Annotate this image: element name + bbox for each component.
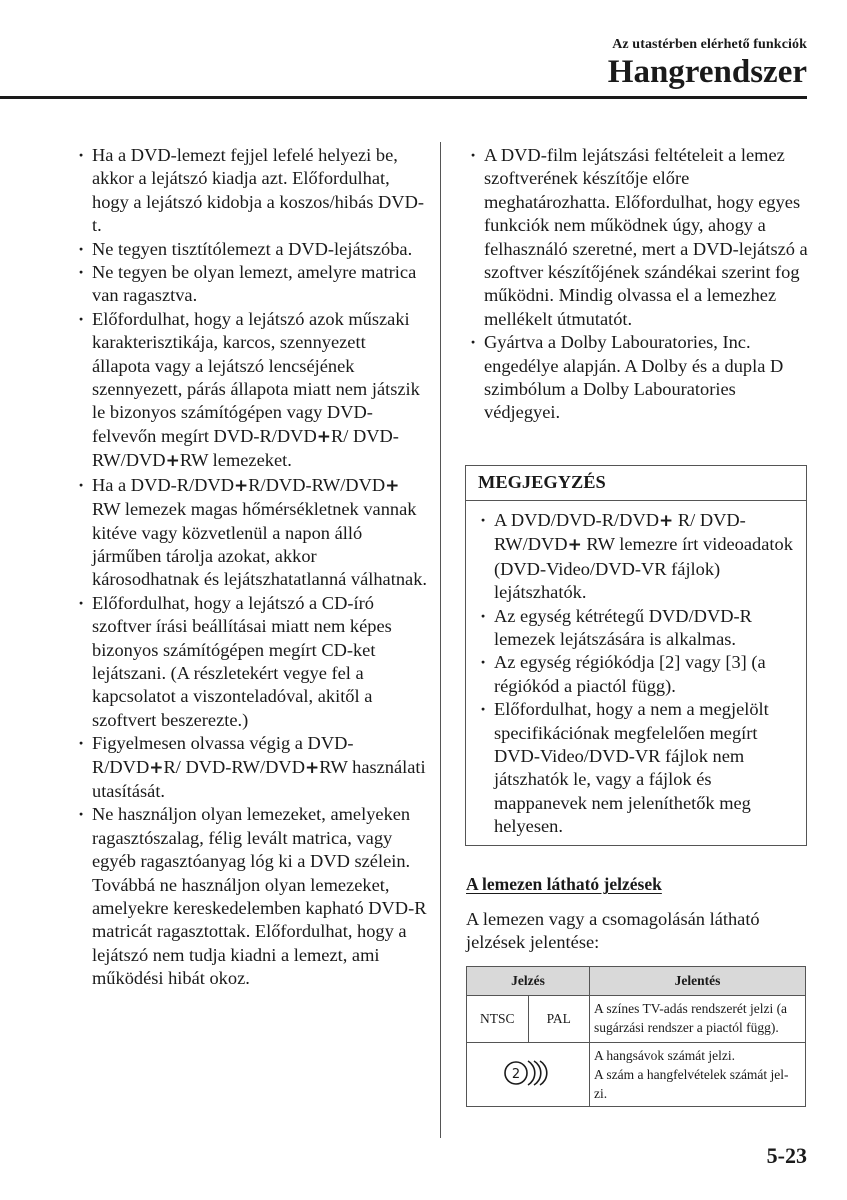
item-text: A DVD/DVD-R/DVD: [494, 510, 659, 530]
right-column: A DVD-film lejátszási feltételeit a leme…: [470, 144, 815, 425]
plus-sign: +: [317, 427, 331, 447]
header-section: Az utastérben elérhető funkciók: [612, 37, 807, 53]
item-text: Az egység kétrétegű DVD/DVD-R lemezek le…: [494, 606, 752, 649]
list-item: Előfordulhat, hogy a nem a megjelölt spe…: [480, 698, 796, 838]
item-text: Ha a DVD-lemezt fejjel lefelé helyezi be…: [92, 145, 424, 235]
header-rule: [0, 96, 807, 99]
markings-table: Jelzés Jelentés NTSC PAL A színes TV-adá…: [466, 966, 806, 1107]
plus-sign: +: [568, 535, 582, 555]
svg-text:2: 2: [512, 1067, 520, 1082]
item-text: Ha a DVD-R/DVD: [92, 475, 234, 495]
list-item: A DVD-film lejátszási feltételeit a leme…: [470, 144, 815, 331]
table-row: NTSC PAL A színes TV-adás rendszerét jel…: [467, 996, 806, 1043]
item-text: Előfordulhat, hogy a lejátszó a CD-író s…: [92, 593, 392, 730]
item-text: RW lemezek magas hőmérsékletnek vannak k…: [92, 499, 427, 589]
list-item: Az egység régiókódja [2] vagy [3] (a rég…: [480, 651, 796, 698]
left-bullet-list: Ha a DVD-lemezt fejjel lefelé helyezi be…: [78, 144, 428, 991]
list-item: Gyártva a Dolby Labouratories, Inc. enge…: [470, 331, 815, 425]
plus-sign: +: [234, 476, 248, 496]
list-item: Előfordulhat, hogy a lejátszó a CD-író s…: [78, 592, 428, 732]
list-item: Ne tegyen tisztítólemezt a DVD-lejátszób…: [78, 238, 428, 261]
item-text: A DVD-film lejátszási feltételeit a leme…: [484, 145, 808, 329]
plus-sign: +: [659, 511, 673, 531]
left-column: Ha a DVD-lemezt fejjel lefelé helyezi be…: [78, 144, 428, 991]
page-number: 5-23: [767, 1143, 807, 1169]
plus-sign: +: [166, 451, 180, 471]
list-item: Előfordulhat, hogy a lejátszó azok műsza…: [78, 308, 428, 474]
page-title: Hangrendszer: [608, 52, 807, 92]
meaning-line: A hangsávok számát jelzi.: [594, 1046, 801, 1065]
symbol-ntsc: NTSC: [467, 996, 529, 1043]
column-divider: [440, 142, 441, 1138]
meaning-tv-system: A színes TV-adás rendszerét jelzi (a sug…: [590, 996, 806, 1043]
markings-title: A lemezen látható jelzések: [466, 874, 662, 895]
audio-tracks-icon: 2: [467, 1043, 590, 1107]
right-bullet-list: A DVD-film lejátszási feltételeit a leme…: [470, 144, 815, 425]
markings-intro: A lemezen vagy a csomagolásán látható je…: [466, 908, 811, 955]
list-item: Ne használjon olyan lemezeket, amelyeken…: [78, 803, 428, 990]
list-item: Figyelmesen olvassa végig a DVD-R/DVD+R/…: [78, 732, 428, 803]
item-text: Előfordulhat, hogy a nem a megjelölt spe…: [494, 699, 769, 836]
note-heading: MEGJEGYZÉS: [466, 466, 806, 501]
header-symbol: Jelzés: [467, 967, 590, 996]
note-bullet-list: A DVD/DVD-R/DVD+ R/ DVD-RW/DVD+ RW lemez…: [480, 509, 796, 839]
table-row: 2 A hangsávok számát jelzi. A szám a han…: [467, 1043, 806, 1107]
item-text: Ne használjon olyan lemezeket, amelyeken…: [92, 804, 426, 988]
list-item: Ha a DVD-R/DVD+R/DVD-RW/DVD+ RW lemezek …: [78, 474, 428, 592]
item-text: Gyártva a Dolby Labouratories, Inc. enge…: [484, 332, 783, 422]
meaning-line: A szám a hangfelvételek számát jel-zi.: [594, 1065, 801, 1103]
plus-sign: +: [149, 758, 163, 778]
meaning-audio-tracks: A hangsávok számát jelzi. A szám a hangf…: [590, 1043, 806, 1107]
item-text: Ne tegyen tisztítólemezt a DVD-lejátszób…: [92, 239, 412, 259]
list-item: Az egység kétrétegű DVD/DVD-R lemezek le…: [480, 605, 796, 652]
item-text: RW lemezeket.: [180, 450, 292, 470]
header-meaning: Jelentés: [590, 967, 806, 996]
plus-sign: +: [385, 476, 399, 496]
list-item: Ne tegyen be olyan lemezt, amelyre matri…: [78, 261, 428, 308]
plus-sign: +: [305, 758, 319, 778]
item-text: R/ DVD-RW/DVD: [163, 757, 305, 777]
list-item: A DVD/DVD-R/DVD+ R/ DVD-RW/DVD+ RW lemez…: [480, 509, 796, 605]
symbol-pal: PAL: [528, 996, 590, 1043]
item-text: Az egység régiókódja [2] vagy [3] (a rég…: [494, 652, 766, 695]
table-header-row: Jelzés Jelentés: [467, 967, 806, 996]
list-item: Ha a DVD-lemezt fejjel lefelé helyezi be…: [78, 144, 428, 238]
item-text: R/DVD-RW/DVD: [248, 475, 385, 495]
item-text: Ne tegyen be olyan lemezt, amelyre matri…: [92, 262, 416, 305]
note-box: MEGJEGYZÉS A DVD/DVD-R/DVD+ R/ DVD-RW/DV…: [465, 465, 807, 846]
